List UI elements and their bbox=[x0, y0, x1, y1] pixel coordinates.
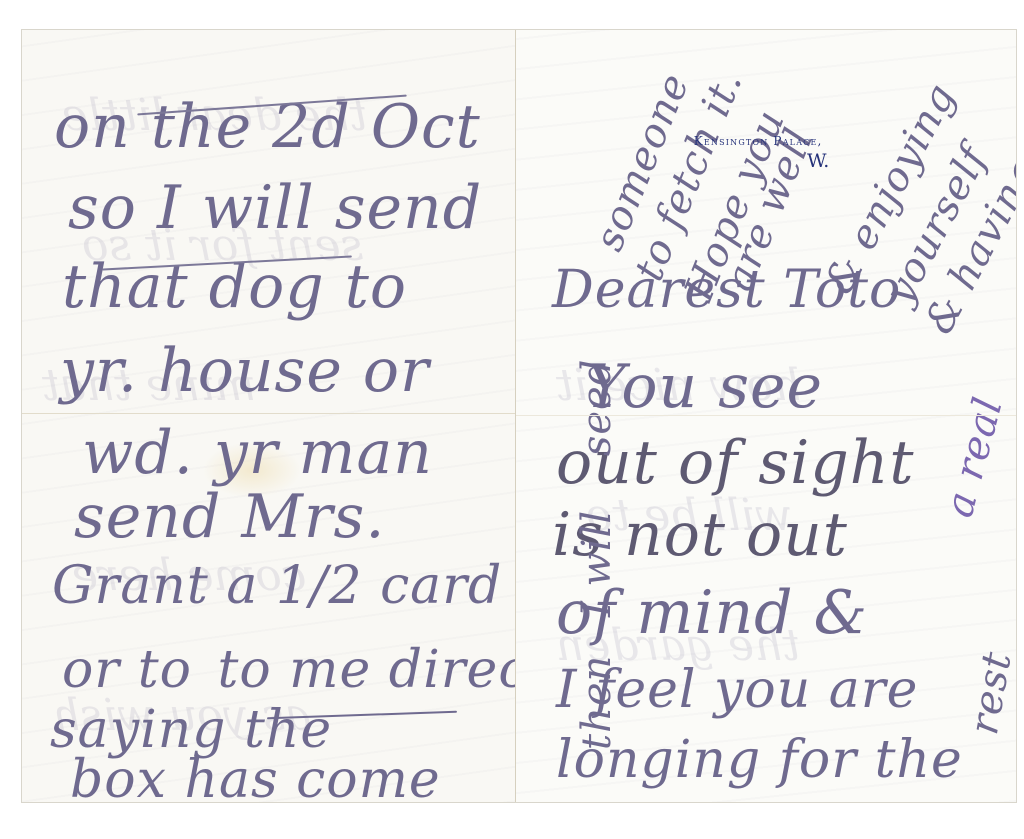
letter-sheet: the dear little sent for it so mine that… bbox=[22, 30, 1016, 802]
left-page: the dear little sent for it so mine that… bbox=[22, 30, 516, 802]
handwritten-word: to me direct bbox=[217, 640, 516, 700]
handwritten-line: You see bbox=[586, 352, 823, 422]
fold-crease bbox=[22, 413, 516, 414]
handwritten-line: send Mrs. bbox=[74, 482, 385, 552]
diagonal-cross-writing: rest bbox=[961, 648, 1016, 738]
handwritten-line: or to to me direct bbox=[62, 640, 516, 700]
letterhead-district: W. bbox=[687, 150, 829, 172]
letter-scan: the dear little sent for it so mine that… bbox=[0, 0, 1024, 839]
handwritten-line: on the 2d Oct bbox=[54, 92, 481, 162]
margin-cross-writing: then I will seed bbox=[574, 359, 620, 750]
handwritten-line: box has come bbox=[70, 750, 441, 802]
fold-crease bbox=[516, 415, 1016, 416]
handwritten-line: wd. yr man bbox=[82, 418, 433, 488]
margin-word: seed bbox=[574, 359, 620, 456]
letterhead: Kensington Palace, W. bbox=[687, 134, 829, 172]
margin-word: then bbox=[574, 655, 620, 750]
diagonal-cross-writing: a real bbox=[936, 392, 1012, 522]
handwritten-line: yr. house or bbox=[60, 336, 430, 406]
handwritten-line: Grant a 1/2 card bbox=[52, 556, 502, 616]
margin-word: I will bbox=[574, 510, 620, 617]
handwritten-word: or to bbox=[62, 640, 192, 700]
letterhead-address: Kensington Palace, bbox=[687, 134, 829, 148]
handwritten-line: so I will send bbox=[68, 173, 482, 243]
